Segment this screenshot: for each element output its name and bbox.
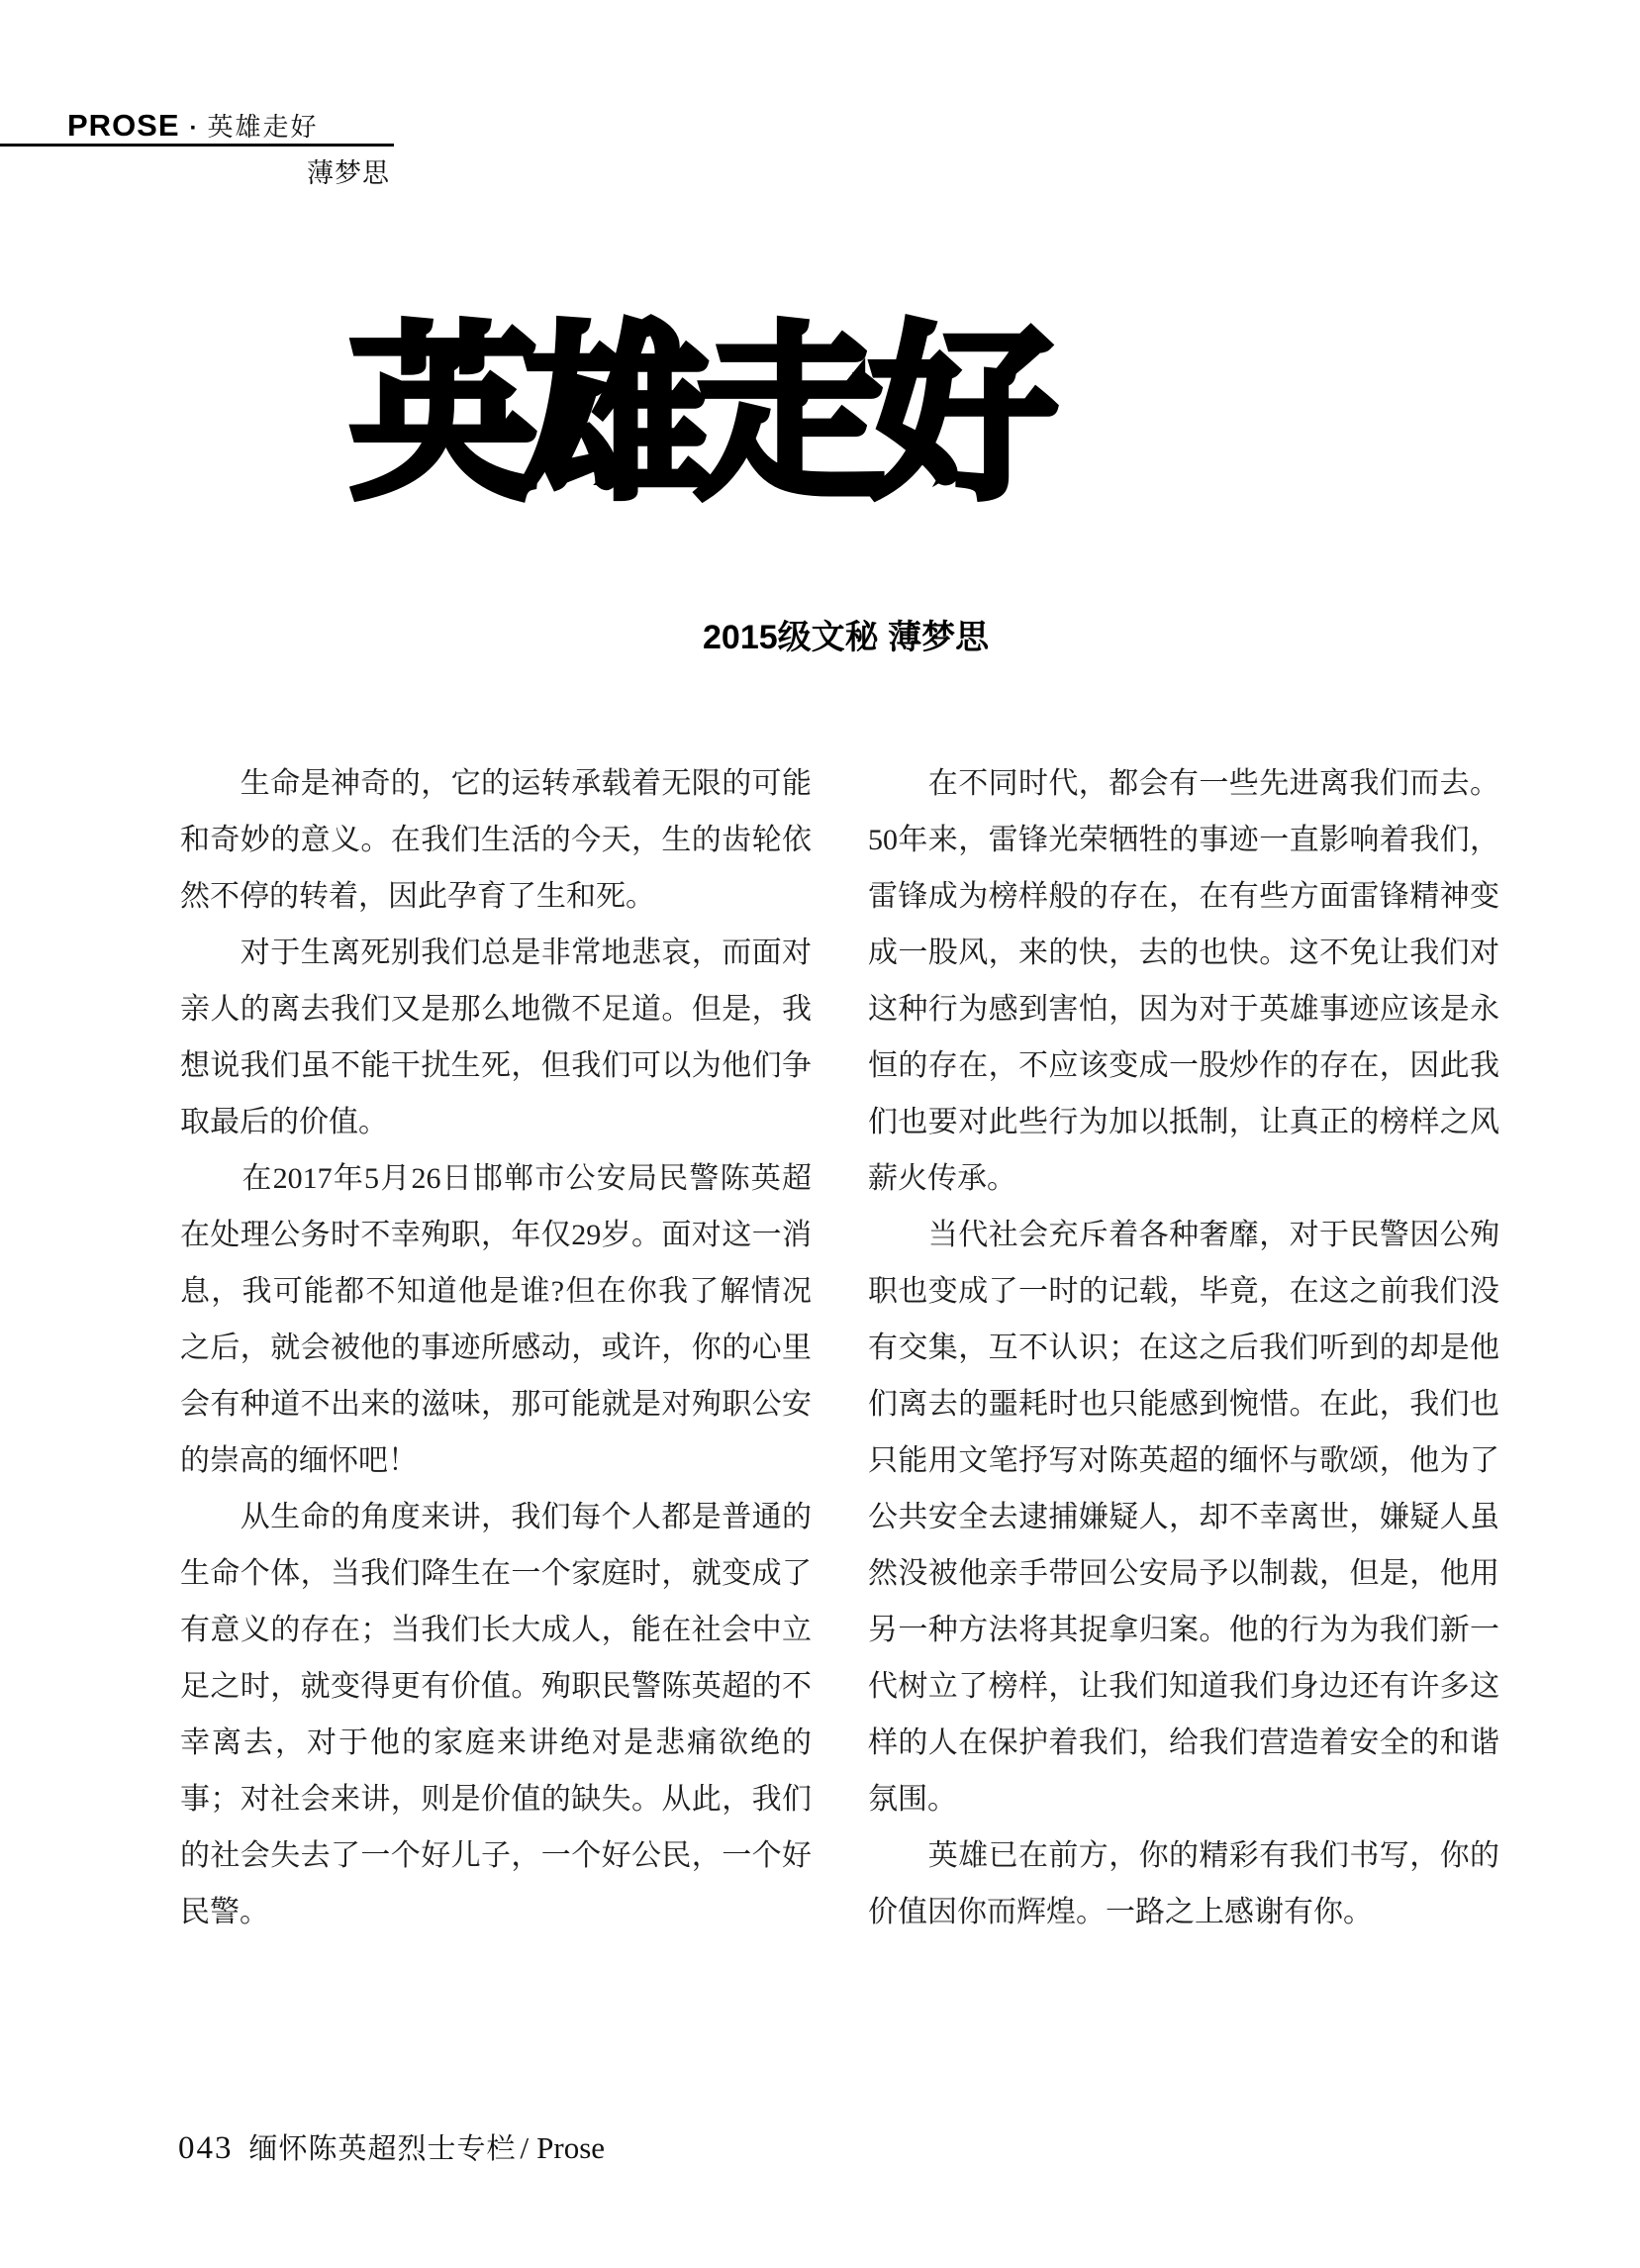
text-line: 另一种方法将其捉拿归案。他的行为为我们新一 [868,1602,1499,1658]
page-footer: 043 缅怀陈英超烈士专栏 / Prose [178,2126,605,2167]
article-title: 英雄走好 [349,315,1042,518]
text-line: 生命个体，当我们降生在一个家庭时，就变成了 [180,1545,812,1602]
text-line: 雷锋成为榜样般的存在，在有些方面雷锋精神变 [868,868,1499,925]
header-rule [0,144,394,147]
header-section-title: 英雄走好 [208,107,319,144]
text-line: 在不同时代，都会有一些先进离我们而去。 [868,755,1499,812]
header-author: 薄梦思 [307,151,390,190]
page-header: PROSE · 英雄走好 [67,107,319,144]
text-line: 息，我可能都不知道他是谁?但在你我了解情况 [180,1263,812,1320]
footer-section-title: 缅怀陈英超烈士专栏 [249,2126,517,2167]
text-line: 们离去的噩耗时也只能感到惋惜。在此，我们也 [868,1376,1499,1432]
text-line: 取最后的价值。 [180,1094,812,1150]
text-line: 会有种道不出来的滋味，那可能就是对殉职公安 [180,1376,812,1432]
text-line: 然不停的转着，因此孕育了生和死。 [180,868,812,925]
text-line: 的社会失去了一个好儿子，一个好公民，一个好 [180,1827,812,1884]
text-line: 价值因你而辉煌。一路之上感谢有你。 [868,1884,1499,1940]
text-line: 薪火传承。 [868,1150,1499,1207]
text-line: 在2017年5月26日邯郸市公安局民警陈英超 [180,1150,812,1207]
text-line: 对于生离死别我们总是非常地悲哀，而面对 [180,925,812,981]
text-line: 足之时，就变得更有价值。殉职民警陈英超的不 [180,1658,812,1715]
header-brand: PROSE [67,108,180,144]
text-line: 职也变成了一时的记载，毕竟，在这之前我们没 [868,1263,1499,1320]
text-line: 亲人的离去我们又是那么地微不足道。但是，我 [180,981,812,1037]
text-line: 公共安全去逮捕嫌疑人，却不幸离世，嫌疑人虽 [868,1489,1499,1545]
text-line: 从生命的角度来讲，我们每个人都是普通的 [180,1489,812,1545]
article-byline: 2015级文秘 薄梦思 [703,610,989,658]
text-line: 幸离去，对于他的家庭来讲绝对是悲痛欲绝的 [180,1715,812,1771]
text-line: 50年来，雷锋光荣牺牲的事迹一直影响着我们， [868,812,1499,868]
text-line: 之后，就会被他的事迹所感动，或许，你的心里 [180,1320,812,1376]
right-column: 在不同时代，都会有一些先进离我们而去。 50年来，雷锋光荣牺牲的事迹一直影响着我… [868,755,1499,1940]
text-line: 当代社会充斥着各种奢靡，对于民警因公殉 [868,1207,1499,1263]
text-line: 样的人在保护着我们，给我们营造着安全的和谐 [868,1715,1499,1771]
text-line: 只能用文笔抒写对陈英超的缅怀与歌颂，他为了 [868,1432,1499,1489]
text-line: 想说我们虽不能干扰生死，但我们可以为他们争 [180,1037,812,1094]
text-line: 在处理公务时不幸殉职，年仅29岁。面对这一消 [180,1207,812,1263]
footer-page-number: 043 [178,2130,234,2167]
footer-slash: / [521,2130,530,2166]
text-line: 的崇高的缅怀吧！ [180,1432,812,1489]
text-line: 有交集，互不认识；在这之后我们听到的却是他 [868,1320,1499,1376]
text-line: 有意义的存在；当我们长大成人，能在社会中立 [180,1602,812,1658]
text-line: 生命是神奇的，它的运转承载着无限的可能 [180,755,812,812]
header-separator-dot: · [190,115,198,143]
text-line: 这种行为感到害怕，因为对于英雄事迹应该是永 [868,981,1499,1037]
text-line: 成一股风，来的快，去的也快。这不免让我们对 [868,925,1499,981]
text-line: 然没被他亲手带回公安局予以制裁，但是，他用 [868,1545,1499,1602]
text-line: 恒的存在，不应该变成一股炒作的存在，因此我 [868,1037,1499,1094]
text-line: 代树立了榜样，让我们知道我们身边还有许多这 [868,1658,1499,1715]
text-line: 氛围。 [868,1771,1499,1827]
left-column: 生命是神奇的，它的运转承载着无限的可能 和奇妙的意义。在我们生活的今天，生的齿轮… [180,755,812,1940]
text-line: 民警。 [180,1884,812,1940]
text-line: 和奇妙的意义。在我们生活的今天，生的齿轮依 [180,812,812,868]
footer-language-label: Prose [536,2130,605,2166]
text-line: 们也要对此些行为加以抵制，让真正的榜样之风 [868,1094,1499,1150]
magazine-page: PROSE · 英雄走好 薄梦思 英雄走好 2015级文秘 薄梦思 生命是神奇的… [0,0,1640,2268]
text-line: 事；对社会来讲，则是价值的缺失。从此，我们 [180,1771,812,1827]
text-line: 英雄已在前方，你的精彩有我们书写，你的 [868,1827,1499,1884]
